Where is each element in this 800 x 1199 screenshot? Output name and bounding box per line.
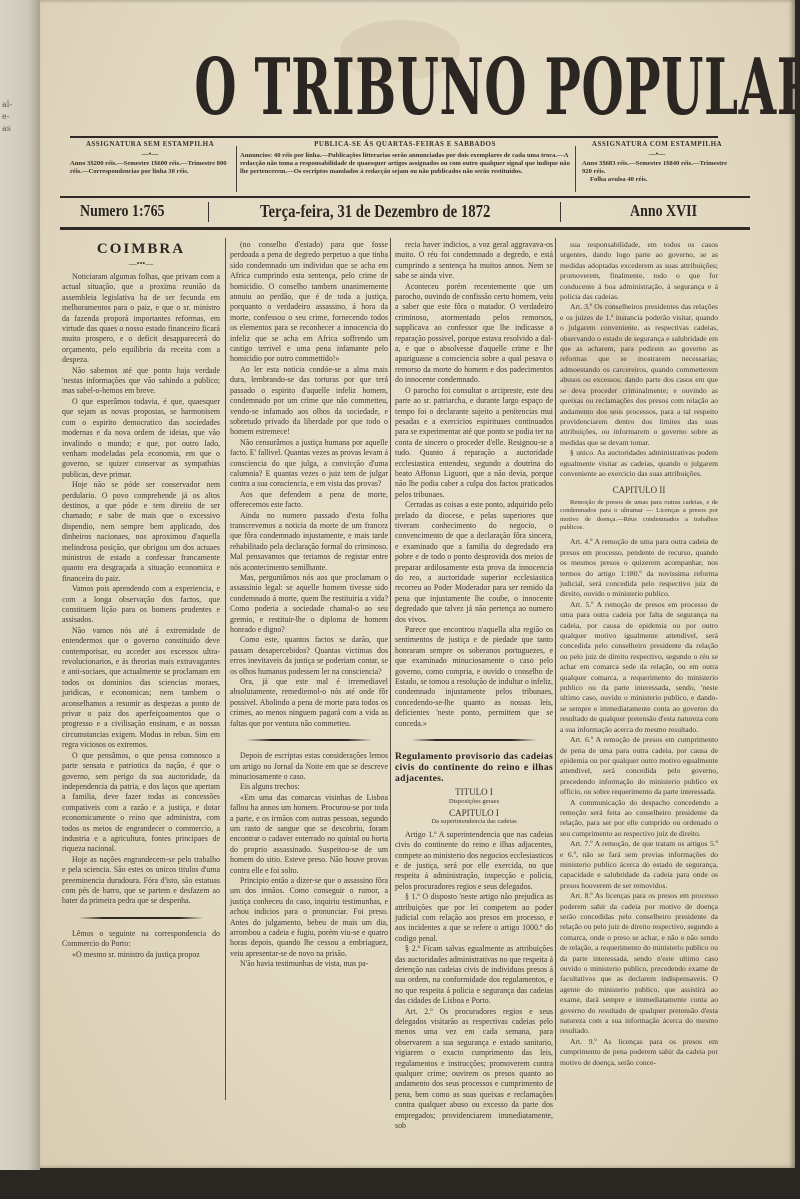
paragraph: (no conselho d'estado) para que fosse pe…: [230, 240, 388, 365]
masthead-rule: [70, 136, 718, 138]
paragraph: Ainda no numero passado d'esta folha tra…: [230, 511, 388, 573]
paragraph: O que pensâmos, o que pensa comnosco a p…: [62, 751, 220, 855]
capitulo-subheading: Da superintendencia das cadeias: [395, 818, 553, 826]
ornament: —•••—: [62, 260, 220, 268]
paragraph: Principio então a dizer-se que o assassi…: [230, 876, 388, 959]
capitulo-heading: CAPITULO I: [395, 808, 553, 818]
paragraph: N'ão havia testimunhas de vista, mas pa-: [230, 959, 388, 969]
paragraph: Art. 9.º As licenças para os presos em c…: [560, 1037, 718, 1068]
paragraph: Eis alguns trechos:: [230, 782, 388, 792]
paragraph: Ora, já que este mal é irremediavel abso…: [230, 677, 388, 729]
paragraph: § 2.º Ficam salvas egualmente as attribu…: [395, 944, 553, 1006]
paragraph: Hoje não se póde ser conservador nem per…: [62, 480, 220, 584]
divider-ornament: [246, 739, 372, 741]
paragraph: § 1.º O disposto 'neste artigo não preju…: [395, 892, 553, 944]
paragraph: A communicação do despacho concedendo a …: [560, 798, 718, 840]
note-heading: ASSIGNATURA COM ESTAMPILHA: [582, 140, 732, 148]
titulo-subheading: Disposições geraes: [395, 798, 553, 806]
paragraph: Mas, perguntâmos nós aos que proclamam o…: [230, 573, 388, 635]
paragraph: Art. 5.º A remoção de presos em processo…: [560, 600, 718, 735]
column-1: COIMBRA —•••— Noticiaram algumas folhas,…: [62, 240, 220, 960]
section-title-coimbra: COIMBRA: [62, 240, 220, 258]
issue-year: Anno XVII: [630, 201, 697, 221]
issue-number: Numero 1:765: [80, 201, 165, 221]
issue-bar: Numero 1:765 Terça-feira, 31 de Dezembro…: [60, 201, 750, 225]
paragraph: Art. 2.º Os procuradores regios e seus d…: [395, 1007, 553, 1132]
paragraph: Não sabemos até que ponto haja verdade '…: [62, 366, 220, 397]
newspaper-page: O TRIBUNO POPULAR ASSIGNATURA SEM ESTAMP…: [40, 0, 795, 1168]
column-divider: [555, 238, 556, 1100]
paragraph: O que esperâmos todavia, é que, quaesque…: [62, 397, 220, 480]
subscription-with-stamp: ASSIGNATURA COM ESTAMPILHA —•— Anno 3$68…: [582, 140, 732, 184]
edge-fragment: al-: [2, 100, 12, 110]
paragraph: Aconteceu porém recentemente que um paro…: [395, 282, 553, 386]
publication-notice: PUBLICA-SE ÁS QUARTAS-FEIRAS E SABBADOS …: [240, 140, 570, 176]
paragraph: Vamos pois aprendendo com a experiencia,…: [62, 584, 220, 626]
ornament: —•—: [582, 151, 732, 157]
column-2: (no conselho d'estado) para que fosse pe…: [230, 240, 388, 970]
paragraph: Art. 4.º A remoção de uma para outra cad…: [560, 537, 718, 599]
issue-divider: [208, 202, 209, 222]
paragraph: «Em uma das comarcas visinhas de Lisboa …: [230, 793, 388, 876]
capitulo-ii-subheading: Remoção de presos de umas para outras ca…: [560, 499, 718, 533]
paragraph: Não censurâmos a justiça humana por aque…: [230, 438, 388, 490]
column-4: sua responsabilidade, em todos os casos …: [560, 240, 718, 1068]
masthead-title: O TRIBUNO POPULAR: [194, 48, 606, 128]
edge-fragment: as: [2, 124, 11, 134]
paragraph: Hoje as nações engrandecem-se pelo traba…: [62, 855, 220, 907]
note-text: Anno 3$683 réis.—Semestre 1$840 réis.—Tr…: [582, 160, 732, 176]
subscription-without-stamp: ASSIGNATURA SEM ESTAMPILHA —•— Anno 3$20…: [70, 140, 230, 176]
note-text-extra: Folha avulsa 40 réis.: [582, 176, 732, 184]
note-divider: [575, 146, 576, 192]
paragraph: Depois de escriptas estas considerações …: [230, 751, 388, 782]
paragraph: Art. 3.º Os conselheiros presidentes das…: [560, 302, 718, 448]
adjacent-page-edge: al- e- as: [0, 0, 40, 1170]
column-divider: [225, 238, 226, 1100]
masthead: O TRIBUNO POPULAR: [68, 48, 733, 136]
issue-rule-top: [60, 196, 750, 198]
paragraph: sua responsabilidade, em todos os casos …: [560, 240, 718, 302]
paragraph: Como este, quantos factos se darão, que …: [230, 635, 388, 677]
paragraph: «O mesmo sr. ministro da justiça propoz: [62, 950, 220, 960]
note-text: Annuncios: 40 réis por linha.—Publicaçõe…: [240, 152, 570, 176]
ornament: —•—: [70, 151, 230, 157]
note-text: Anno 3$200 réis.—Semestre 1$600 réis.—Tr…: [70, 160, 230, 176]
issue-date: Terça-feira, 31 de Dezembro de 1872: [260, 201, 490, 222]
edge-fragment: e-: [2, 112, 9, 122]
note-divider: [236, 146, 237, 192]
divider-ornament: [78, 917, 204, 919]
paragraph: Art. 6.º A remoção de presos em cumprime…: [560, 735, 718, 797]
paragraph: Aos que defendem a pena de morte, offere…: [230, 490, 388, 511]
paragraph: O parocho foi consultar o arcipreste, es…: [395, 386, 553, 500]
paragraph: Cerradas as coisas a este ponto, adquiri…: [395, 500, 553, 625]
paragraph: Artigo 1.º A superintendencia que nas ca…: [395, 830, 553, 892]
regulation-heading: Regulamento provisorio das cadeias civis…: [395, 751, 553, 784]
paragraph: Art. 8.º As licenças para os presos em p…: [560, 891, 718, 1037]
column-3: recia haver indicios, a voz geral aggrav…: [395, 240, 553, 1132]
paragraph: Parece que encontrou n'aquella alta regi…: [395, 625, 553, 729]
paragraph: § unico. As auctoridades administrativas…: [560, 448, 718, 479]
capitulo-ii-heading: CAPITULO II: [560, 485, 718, 495]
paragraph: recia haver indicios, a voz geral aggrav…: [395, 240, 553, 282]
divider-ornament: [411, 739, 537, 741]
note-heading: ASSIGNATURA SEM ESTAMPILHA: [70, 140, 230, 148]
paragraph: Ao ler esta noticia condóe-se a alma mai…: [230, 365, 388, 438]
paragraph: Art. 7.º A remoção, de que tratam os art…: [560, 839, 718, 891]
issue-rule-bottom: [60, 227, 750, 230]
issue-divider: [560, 202, 561, 222]
titulo-heading: TITULO I: [395, 787, 553, 797]
note-heading: PUBLICA-SE ÁS QUARTAS-FEIRAS E SABBADOS: [240, 140, 570, 148]
paragraph: Noticiaram algumas folhas, que privam co…: [62, 272, 220, 366]
paragraph: Lêmos o seguinte na correspondencia do C…: [62, 929, 220, 950]
paragraph: Não vamos nós até á extremidade de enten…: [62, 626, 220, 751]
column-divider: [390, 238, 391, 1100]
